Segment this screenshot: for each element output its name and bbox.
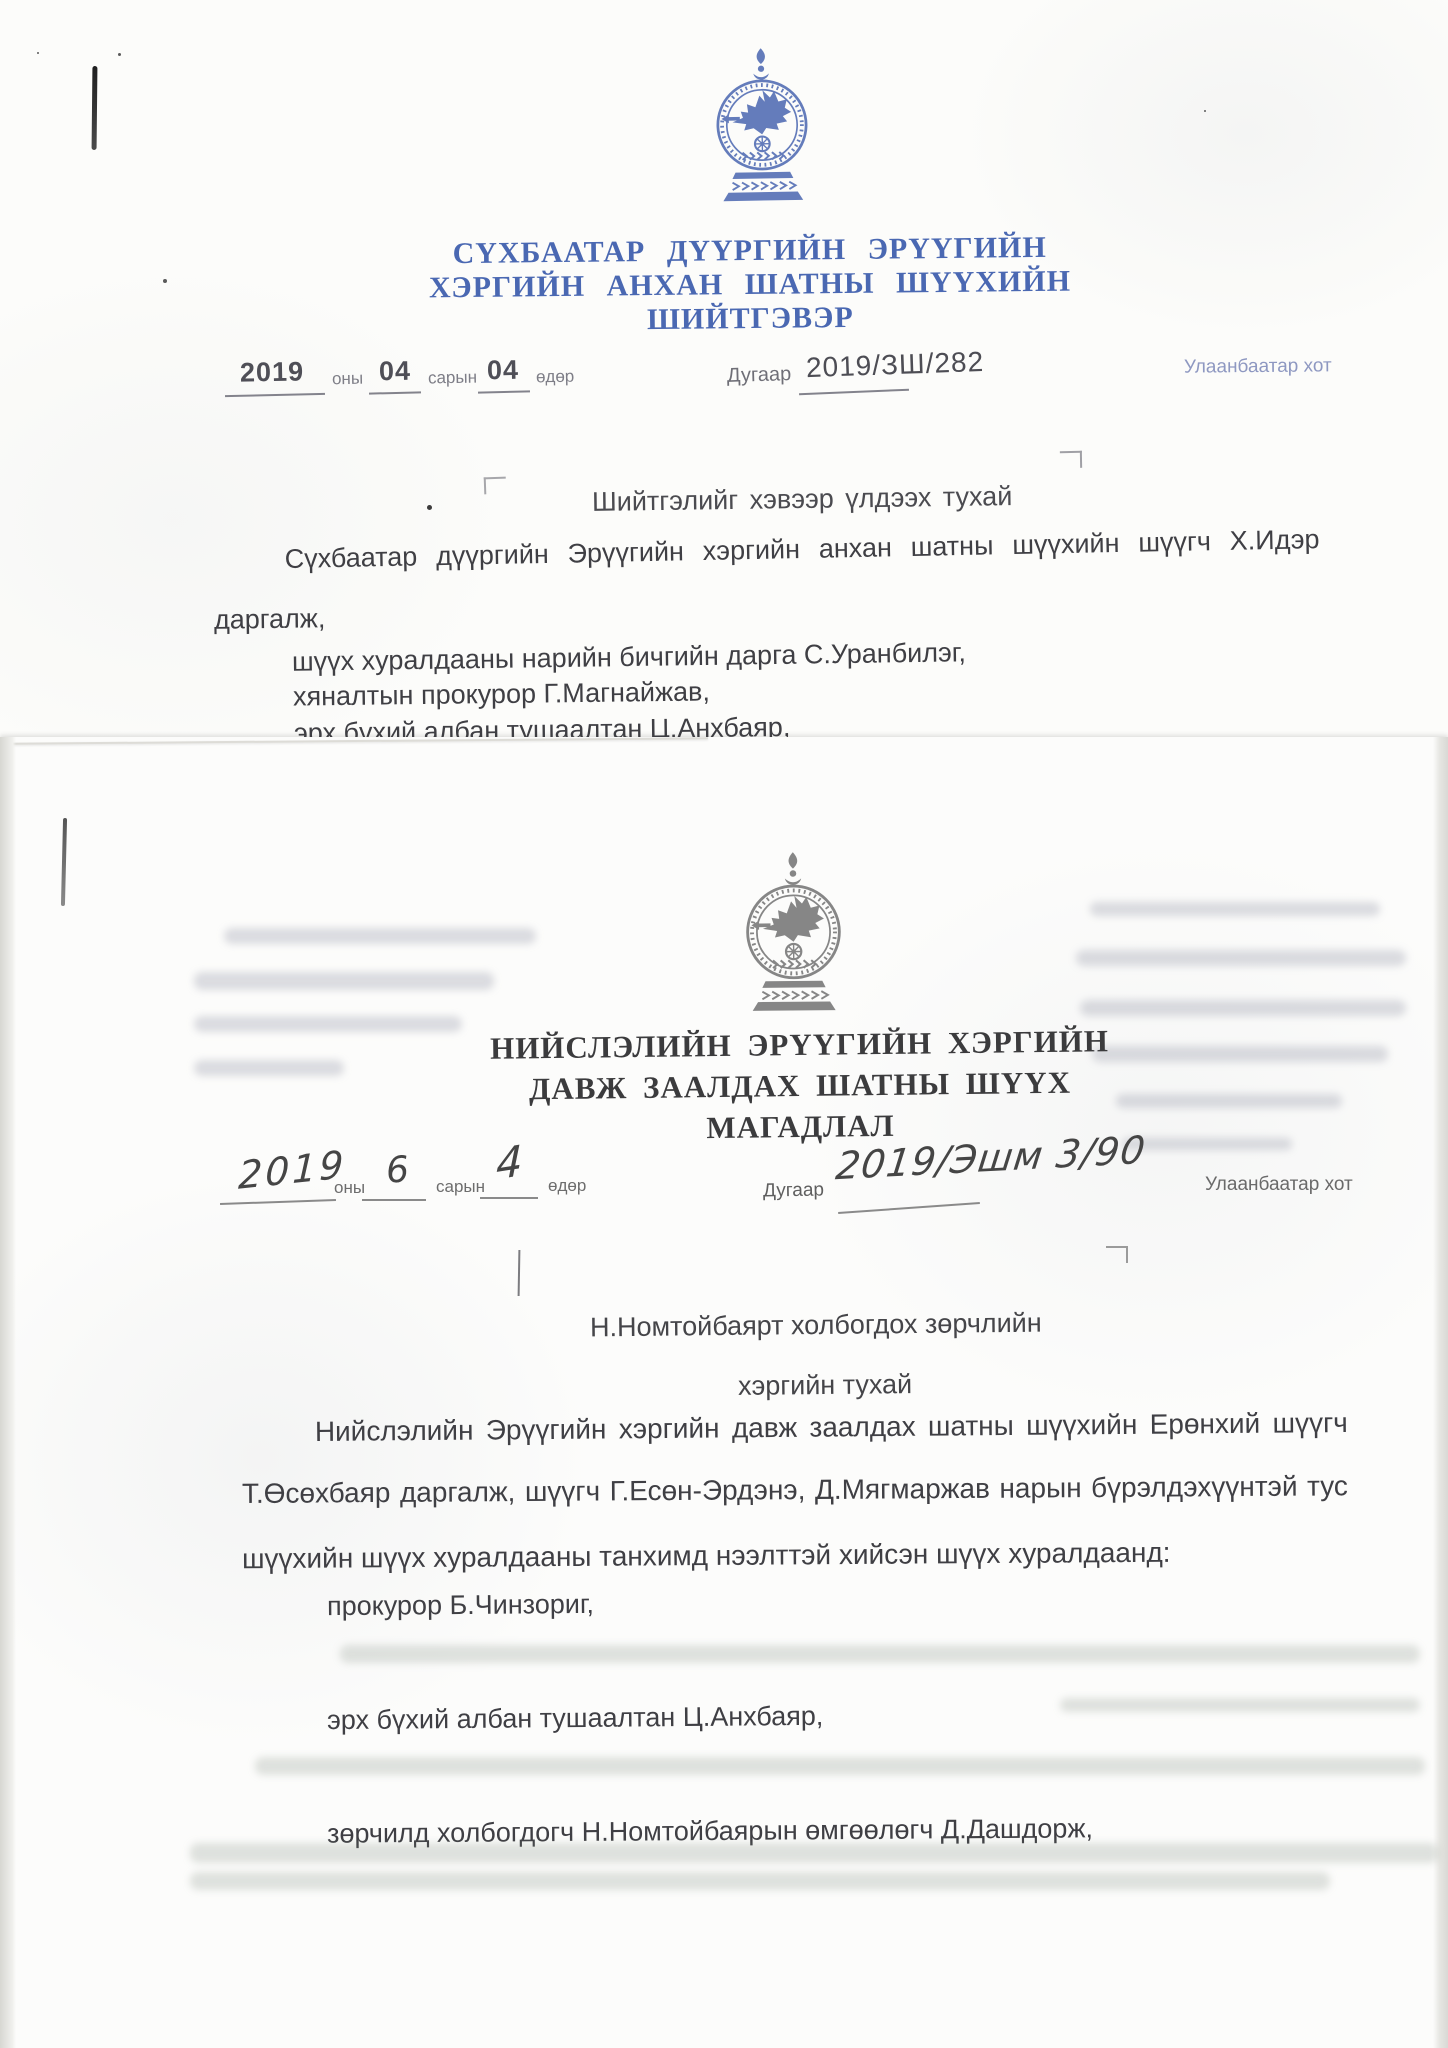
court-name-line: ДАВЖ ЗААЛДАХ ШАТНЫ ШҮҮХ <box>450 1061 1150 1111</box>
bleed-through-text <box>1090 902 1380 916</box>
bleed-through-text <box>194 1060 344 1076</box>
body-text-line: хяналтын прокурор Г.Магнайжав, <box>293 676 710 712</box>
court-name-title: СҮХБААТАР ДҮҮРГИЙН ЭРҮҮГИЙН ХЭРГИЙН АНХА… <box>394 230 1105 339</box>
city-label: Улаанбаатар хот <box>1184 355 1332 378</box>
scan-speck <box>118 53 121 56</box>
date-day-label: өдөр <box>536 367 575 388</box>
page-edge-shading <box>0 737 16 2048</box>
body-text-line: даргалж, <box>214 603 326 636</box>
date-month-label: сарын <box>428 368 477 389</box>
subject-heading-line: хэргийн тухай <box>738 1369 913 1402</box>
corner-bracket-icon <box>1060 451 1082 468</box>
number-label: Дугаар <box>763 1179 824 1202</box>
bleed-through-text <box>194 972 494 990</box>
subject-heading: Шийтгэлийг хэвээр үлдээх тухай <box>592 481 1013 518</box>
date-day-label: өдөр <box>548 1176 586 1196</box>
date-year-label: оны <box>332 369 363 390</box>
appeal-court-title: НИЙСЛЭЛИЙН ЭРҮҮГИЙН ХЭРГИЙН ДАВЖ ЗААЛДАХ… <box>449 1020 1150 1152</box>
staple-mark <box>92 66 98 150</box>
subject-heading-line: Н.Номтойбаярт холбогдох зөрчлийн <box>590 1308 1042 1344</box>
bleed-through-text <box>190 1843 1438 1863</box>
date-month: 04 <box>379 356 412 388</box>
bleed-through-text <box>194 1016 462 1032</box>
date-month-label: сарын <box>436 1177 485 1197</box>
date-day: 04 <box>487 355 520 387</box>
participant-line: эрх бүхий албан тушаалтан Ц.Анхбаяр, <box>327 1701 824 1736</box>
scan-speck <box>163 279 167 283</box>
bleed-through-text <box>340 1645 1420 1663</box>
body-text-line: шүүхийн шүүх хуралдааны танхимд нээлттэй… <box>242 1537 1171 1575</box>
bleed-through-text <box>190 1872 1330 1890</box>
bleed-through-text <box>1076 950 1406 966</box>
bleed-through-text <box>1060 1698 1420 1712</box>
ink-dot <box>427 505 432 510</box>
participant-line: прокурор Б.Чинзориг, <box>327 1589 594 1622</box>
bleed-through-text <box>224 928 536 944</box>
corner-bracket-icon <box>1106 1246 1128 1263</box>
mongolia-state-emblem-icon <box>698 45 827 207</box>
handwritten-day: 4 <box>496 1136 523 1190</box>
city-label: Улаанбаатар хот <box>1205 1174 1353 1196</box>
date-year-label: оны <box>334 1178 365 1198</box>
scanned-court-document: СҮХБААТАР ДҮҮРГИЙН ЭРҮҮГИЙН ХЭРГИЙН АНХА… <box>0 0 1448 2048</box>
handwritten-month: 6 <box>385 1149 411 1191</box>
number-value: 2019/ЗШ/282 <box>805 346 984 384</box>
scan-speck <box>37 52 39 54</box>
mongolia-state-emblem-icon <box>727 849 859 1016</box>
underline <box>362 1199 426 1201</box>
bleed-through-text <box>1080 1000 1406 1016</box>
date-year: 2019 <box>240 356 305 388</box>
corner-bracket-icon <box>484 477 507 495</box>
underline <box>480 1197 538 1199</box>
scan-speck <box>1204 110 1206 112</box>
bleed-through-text <box>255 1757 1425 1775</box>
number-label: Дугаар <box>727 363 792 388</box>
